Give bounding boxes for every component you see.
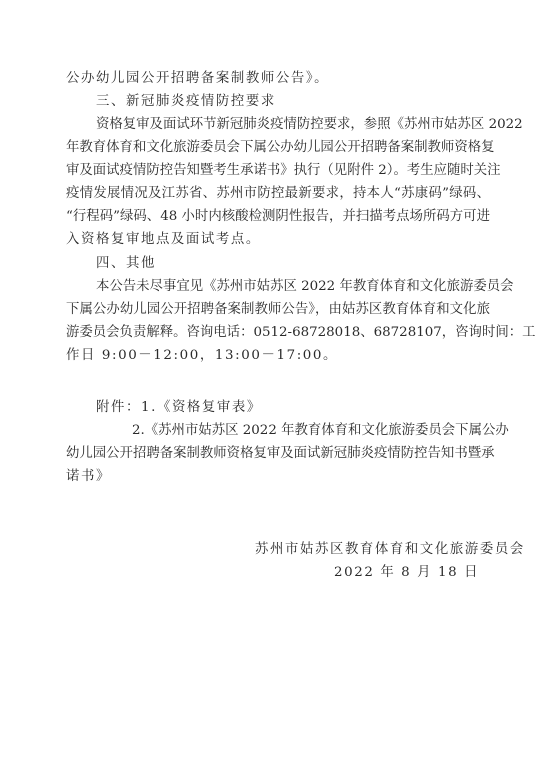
paragraph-line: 游委员会负责解释。咨询电话：0512-68728018、68728107，咨询时…: [66, 324, 490, 342]
signature-org: 苏州市姑苏区教育体育和文化旅游委员会: [255, 538, 525, 557]
attachment-2-line: 诺书》: [66, 468, 490, 486]
paragraph-line: 作日 9:00－12:00，13:00－17:00。: [66, 347, 490, 365]
attachment-2-line: 幼儿园公开招聘备案制教师资格复审及面试新冠肺炎疫情防控告知书暨承: [66, 445, 490, 463]
paragraph-line: 公办幼儿园公开招聘备案制教师公告》。: [66, 70, 490, 88]
attachment-2-line: 2.《苏州市姑苏区 2022 年教育体育和文化旅游委员会下属公办: [132, 422, 490, 440]
paragraph-line: 审及面试疫情防控告知暨考生承诺书》执行（见附件 2）。考生应随时关注: [66, 162, 490, 180]
signature-date: 2022 年 8 月 18 日: [334, 561, 479, 580]
section-heading-3: 三、新冠肺炎疫情防控要求: [96, 93, 520, 111]
paragraph-line: 年教育体育和文化旅游委员会下属公办幼儿园公开招聘备案制教师资格复: [66, 139, 490, 157]
paragraph-line: 入资格复审地点及面试考点。: [66, 231, 490, 249]
paragraph-line: 疫情发展情况及江苏省、苏州市防控最新要求，持本人“苏康码”绿码、: [66, 185, 490, 203]
attachment-1: 附件：1.《资格复审表》: [96, 399, 520, 417]
paragraph-line: “行程码”绿码、48 小时内核酸检测阴性报告，并扫描考点场所码方可进: [66, 208, 490, 226]
paragraph-line: 本公告未尽事宜见《苏州市姑苏区 2022 年教育体育和文化旅游委员会: [96, 278, 490, 296]
paragraph-line: 资格复审及面试环节新冠肺炎疫情防控要求，参照《苏州市姑苏区 2022: [96, 116, 490, 134]
section-heading-4: 四、其他: [96, 255, 520, 273]
paragraph-line: 下属公办幼儿园公开招聘备案制教师公告》，由姑苏区教育体育和文化旅: [66, 301, 490, 319]
